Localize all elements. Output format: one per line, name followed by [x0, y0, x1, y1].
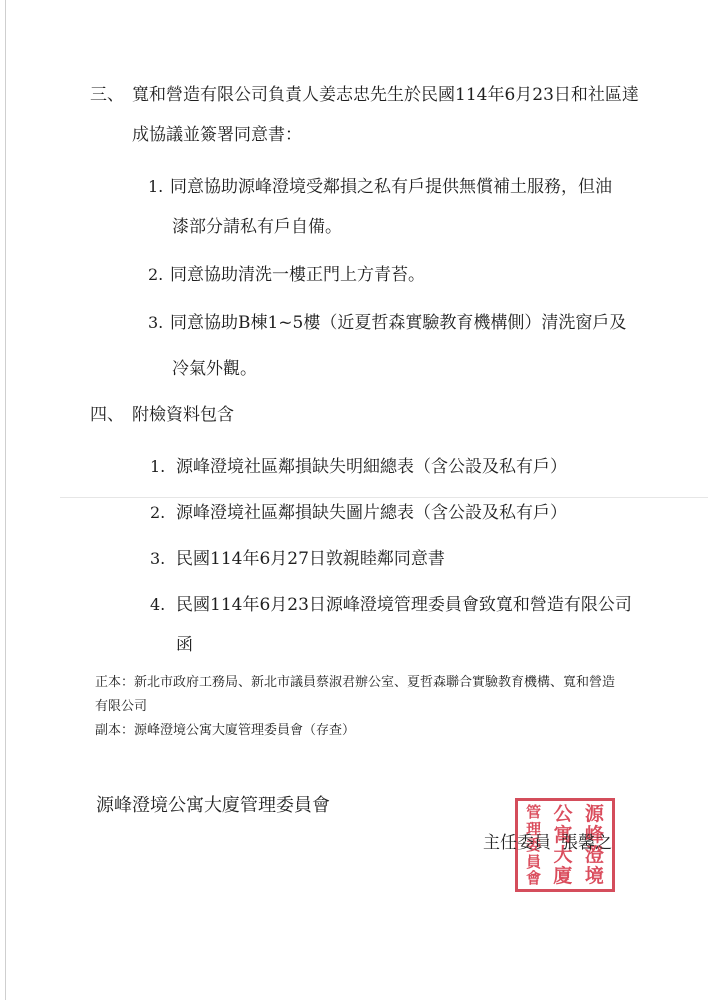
item-text-continued: 漆部分請私有戶自備。: [172, 216, 342, 238]
signer-title: 主任委員: [483, 833, 551, 853]
item-number: 2.: [150, 502, 165, 524]
section-3-line-1: 寬和營造有限公司負責人姜志忠先生於民國114年6月23日和社區達: [132, 84, 639, 106]
item-text: 民國114年6月23日源峰澄境管理委員會致寬和營造有限公司: [176, 594, 632, 616]
item-text: 源峰澄境社區鄰損缺失圖片總表（含公設及私有戶）: [176, 502, 567, 524]
item-text: 同意協助源峰澄境受鄰損之私有戶提供無償補土服務，但油: [170, 176, 612, 198]
item-text: 民國114年6月27日敦親睦鄰同意書: [176, 548, 445, 570]
item-number: 3.: [150, 548, 165, 570]
item-number: 3.: [148, 312, 163, 334]
original-recipients: 正本：新北市政府工務局、新北市議員蔡淑君辦公室、夏哲森聯合實驗教育機構、寬和營造: [95, 674, 615, 692]
organization-name: 源峰澄境公寓大廈管理委員會: [96, 794, 330, 818]
section-3-line-2: 成協議並簽署同意書：: [132, 124, 302, 146]
section-3-number: 三、: [90, 84, 124, 106]
item-text-continued: 函: [176, 634, 193, 656]
signer-line: 主任委員張馨之: [483, 832, 612, 854]
item-number: 1.: [150, 456, 165, 478]
signer-name: 張馨之: [561, 833, 612, 853]
original-recipients-continued: 有限公司: [95, 698, 147, 716]
scan-edge-line: [5, 0, 6, 1000]
item-number: 1.: [148, 176, 163, 198]
section-4-number: 四、: [90, 404, 124, 426]
scan-artifact-line: [60, 497, 708, 498]
copy-recipients: 副本：源峰澄境公寓大廈管理委員會（存查）: [95, 722, 355, 740]
section-4-title: 附檢資料包含: [132, 404, 234, 426]
item-text: 同意協助B棟1~5樓（近夏哲森實驗教育機構側）清洗窗戶及: [170, 312, 626, 334]
item-number: 2.: [148, 264, 163, 286]
item-text: 同意協助清洗一樓正門上方青苔。: [170, 264, 425, 286]
item-number: 4.: [150, 594, 165, 616]
item-text-continued: 冷氣外觀。: [172, 358, 257, 380]
item-text: 源峰澄境社區鄰損缺失明細總表（含公設及私有戶）: [176, 456, 567, 478]
